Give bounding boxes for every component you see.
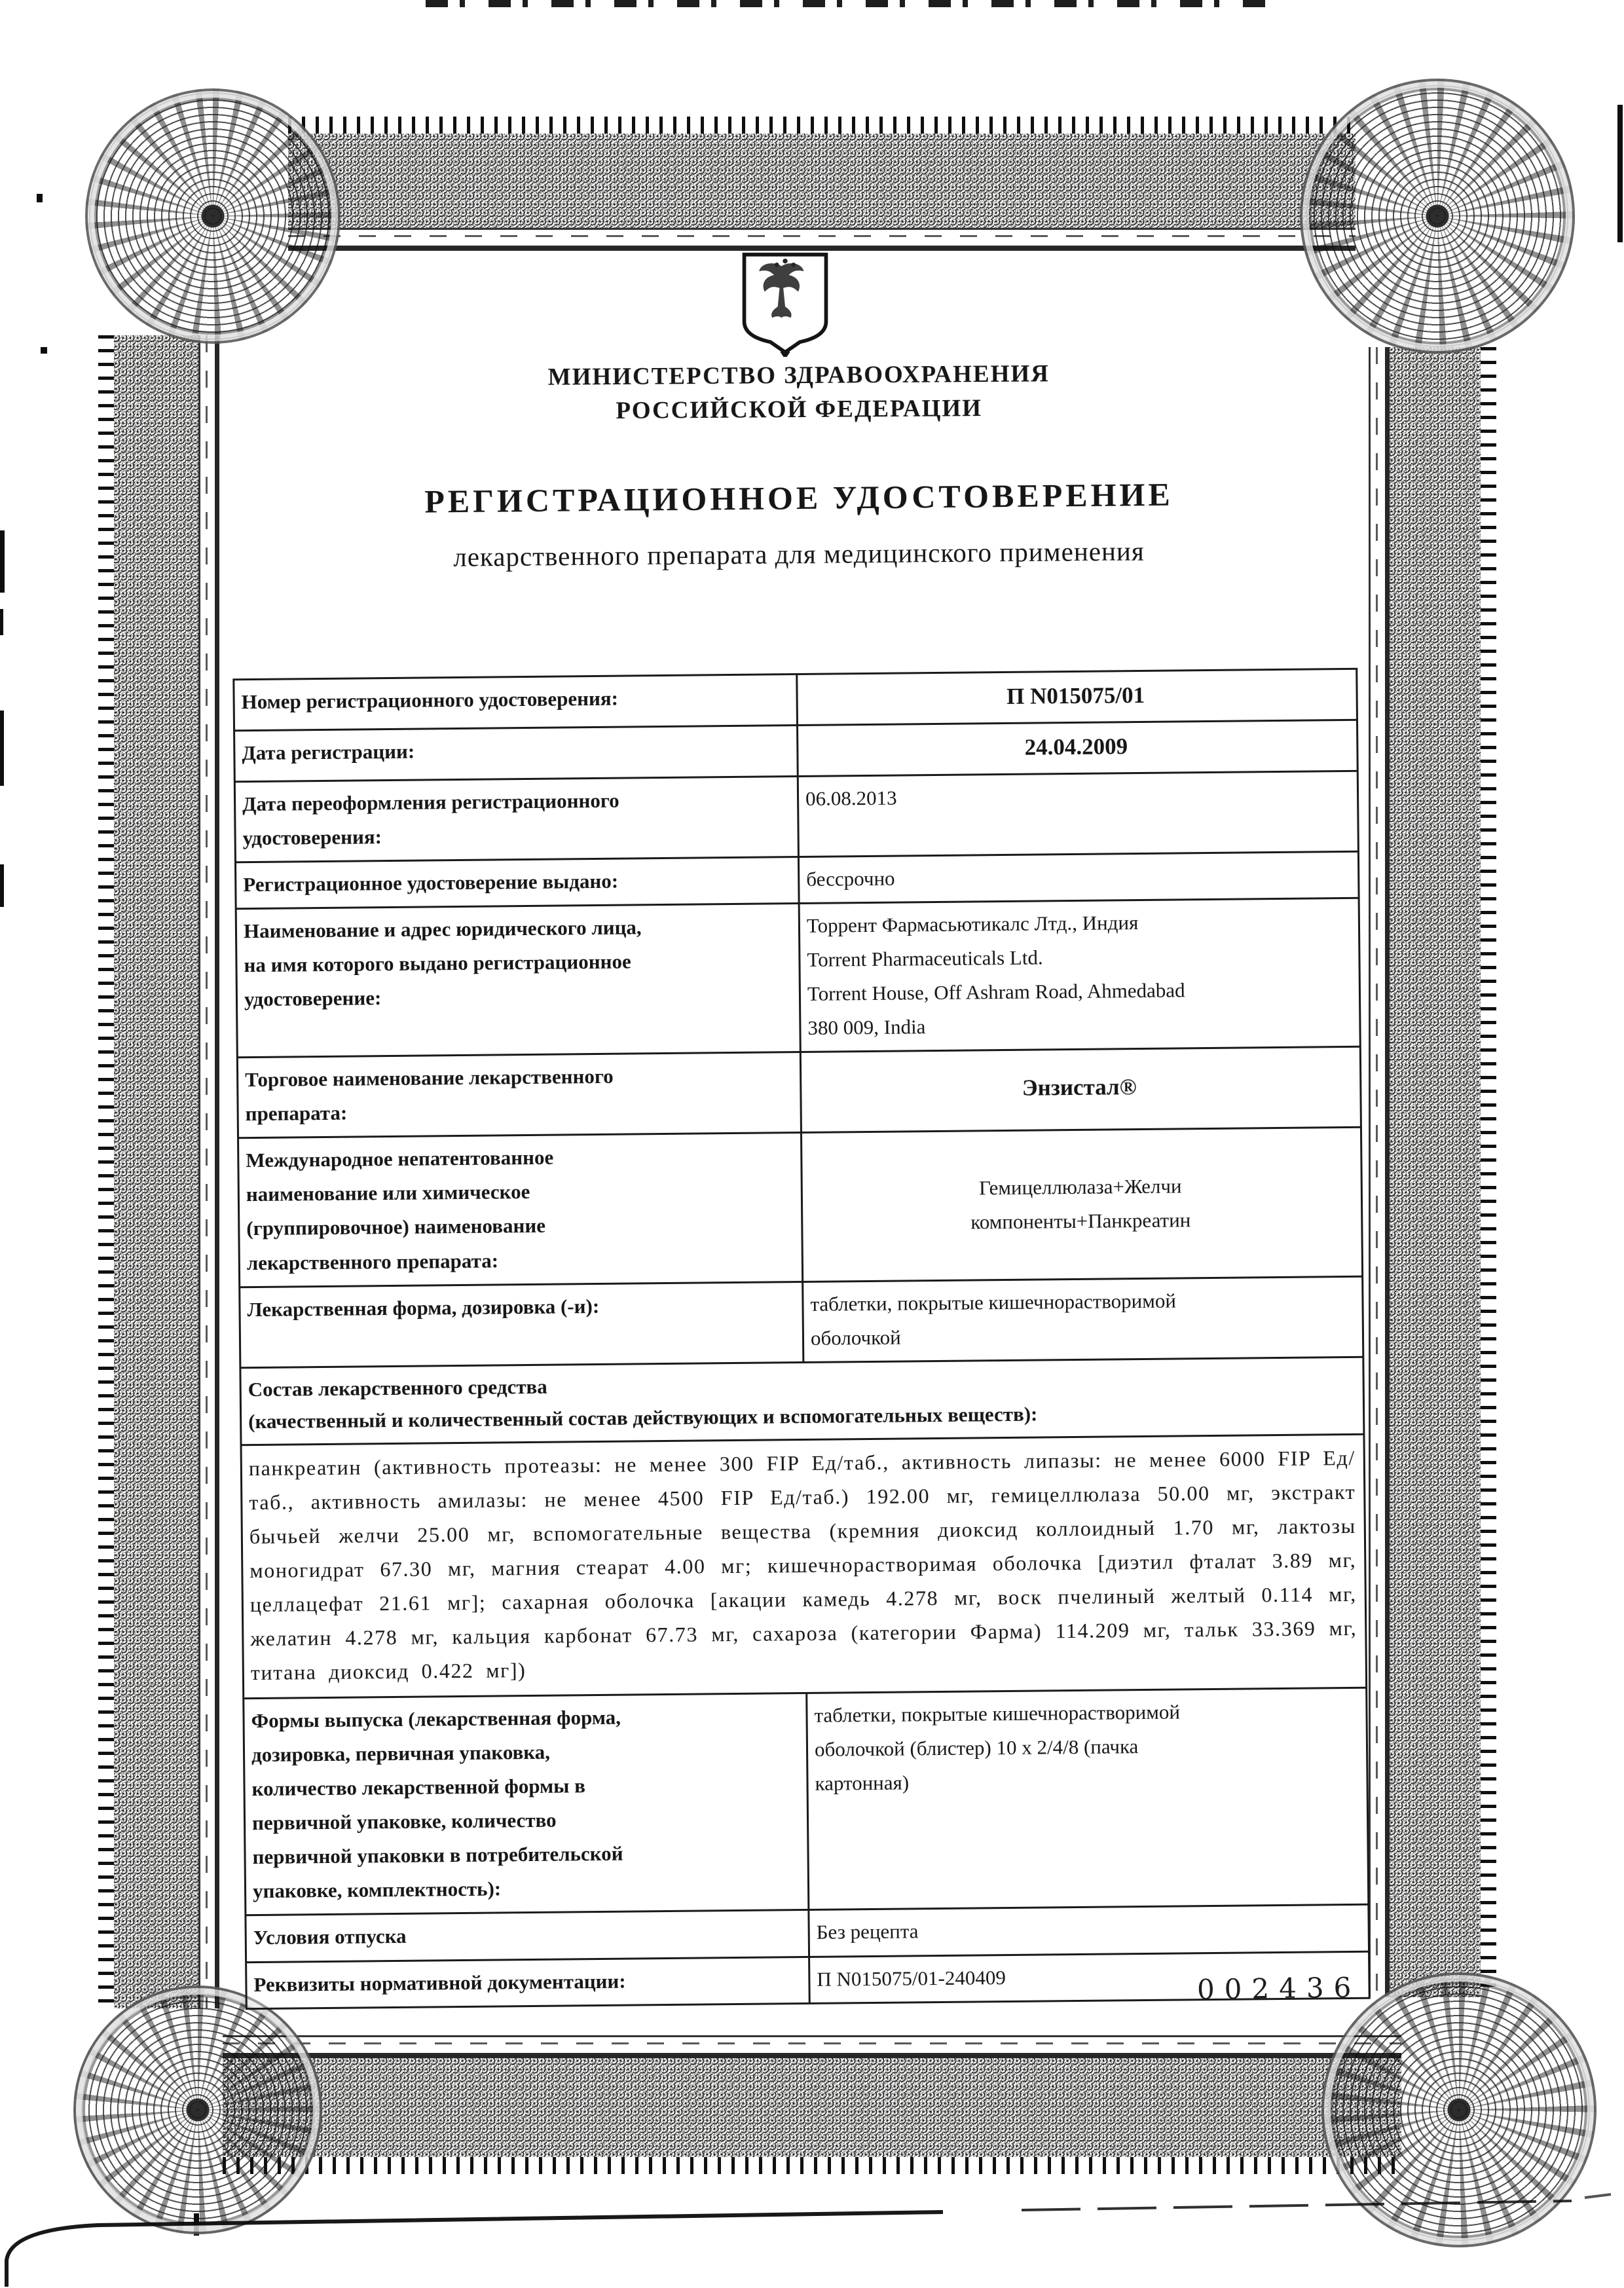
scan-artifact-bottom-line <box>0 0 1624 2288</box>
